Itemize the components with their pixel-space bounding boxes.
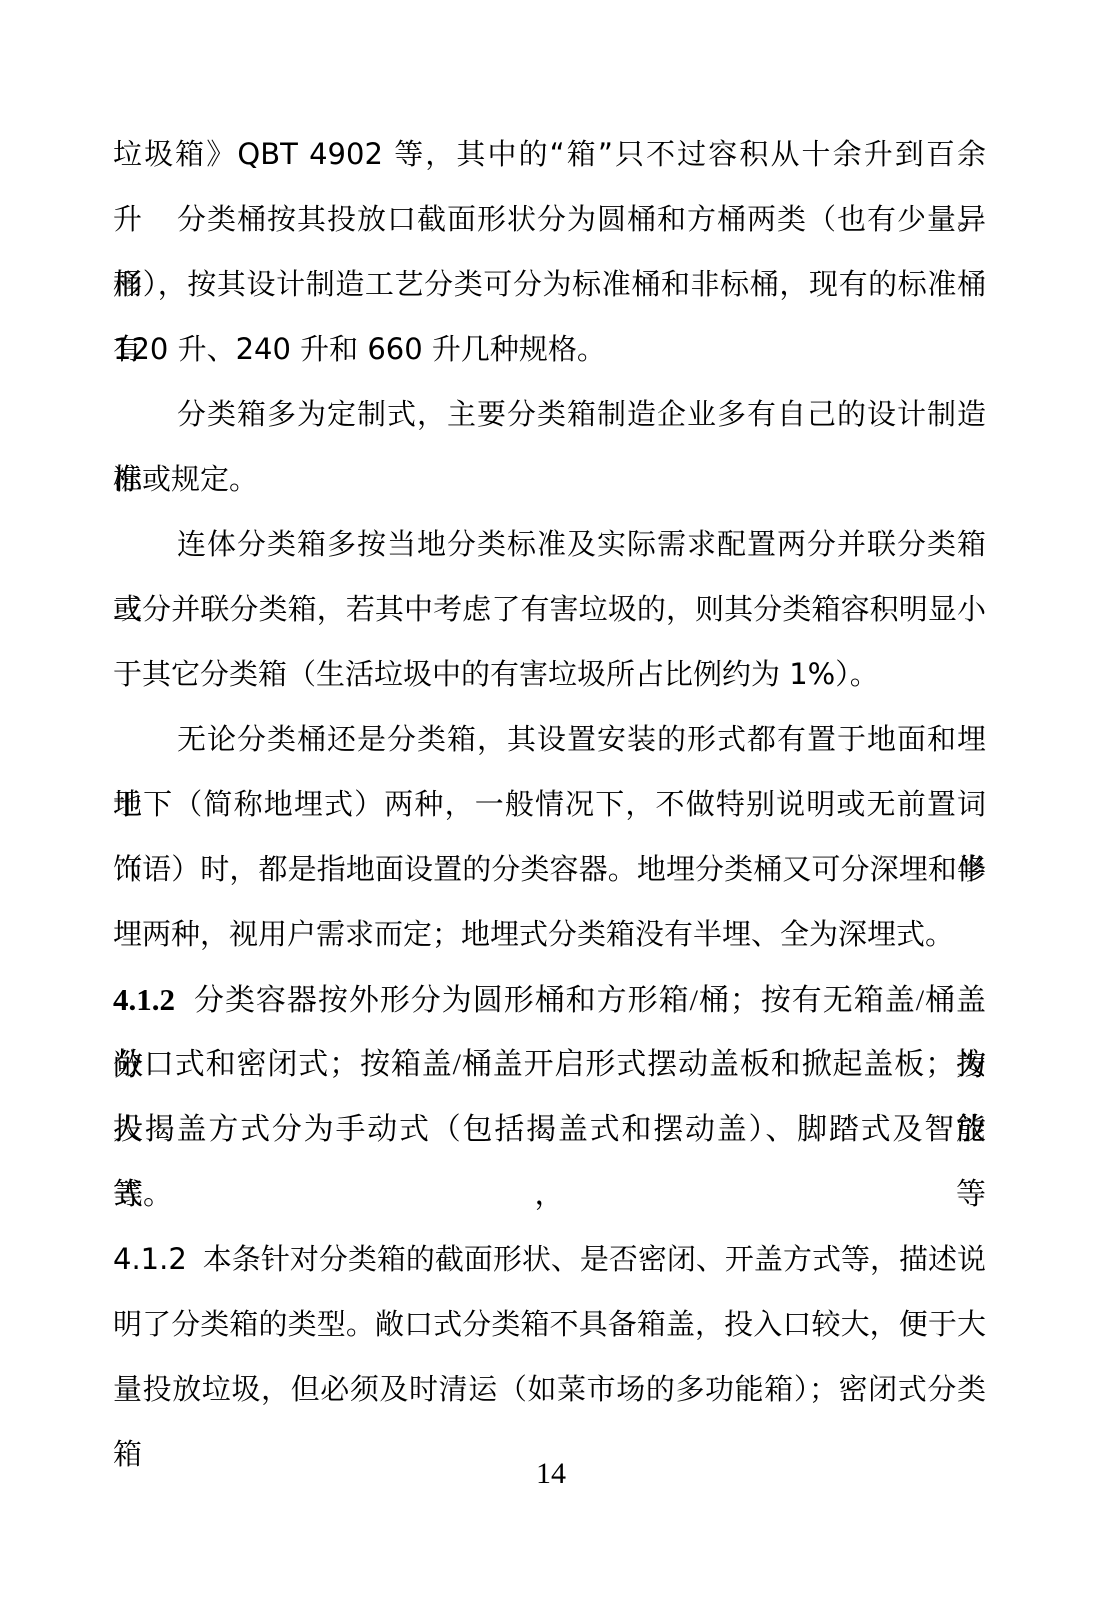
text-line: 4.1.2本条针对分类箱的截面形状、是否密闭、开盖方式等，描述说 (113, 1227, 986, 1292)
page-number: 14 (0, 1450, 1102, 1498)
text-line: 明了分类箱的类型。敞口式分类箱不具备箱盖，投入口较大，便于大 (113, 1292, 986, 1357)
text-line: 120 升、240 升和 660 升几种规格。 (113, 317, 986, 382)
line-text: 准或规定。 (113, 462, 258, 496)
line-text: 人揭盖方式分为手动式（包括揭盖式和摆动盖）、脚踏式及智能式，等 (113, 1113, 986, 1211)
text-line: 于其它分类箱（生活垃圾中的有害垃圾所占比例约为 1%）。 (113, 642, 986, 707)
text-line: 4.1.2分类容器按外形分为圆形桶和方形箱/桶；按有无箱盖/桶盖分为 (113, 967, 986, 1032)
text-line: 分类箱多为定制式，主要分类箱制造企业多有自己的设计制造标 (113, 382, 986, 447)
text-line: 人揭盖方式分为手动式（包括揭盖式和摆动盖）、脚踏式及智能式，等 (113, 1097, 986, 1162)
text-line: 分类桶按其投放口截面形状分为圆桶和方桶两类（也有少量异形 (113, 187, 986, 252)
text-line: 三分并联分类箱，若其中考虑了有害垃圾的，则其分类箱容积明显小 (113, 577, 986, 642)
page-number-text: 14 (536, 1457, 566, 1490)
text-line: 敞口式和密闭式；按箱盖/桶盖开启形式摆动盖板和掀起盖板；按投放 (113, 1032, 986, 1097)
page-body: 垃圾箱》QBT 4902 等，其中的“箱”只不过容积从十余升到百余升。 分类桶按… (113, 122, 986, 1422)
text-line: 准或规定。 (113, 447, 986, 512)
text-line: 无论分类桶还是分类箱，其设置安装的形式都有置于地面和埋于 (113, 707, 986, 772)
line-text: 于其它分类箱（生活垃圾中的有害垃圾所占比例约为 1%）。 (113, 657, 879, 691)
line-text: 饰语）时，都是指地面设置的分类容器。地埋分类桶又可分深埋和半 (113, 852, 986, 886)
line-text: 明了分类箱的类型。敞口式分类箱不具备箱盖，投入口较大，便于大 (113, 1307, 986, 1341)
line-text: 三分并联分类箱，若其中考虑了有害垃圾的，则其分类箱容积明显小 (113, 592, 986, 626)
section-number: 4.1.2 (113, 1242, 187, 1276)
line-text: 120 升、240 升和 660 升几种规格。 (113, 332, 606, 366)
text-line: 垃圾箱》QBT 4902 等，其中的“箱”只不过容积从十余升到百余升。 (113, 122, 986, 187)
section-number: 4.1.2 (113, 982, 175, 1017)
text-line: 量投放垃圾，但必须及时清运（如菜市场的多功能箱）；密闭式分类箱 (113, 1357, 986, 1422)
text-line: 饰语）时，都是指地面设置的分类容器。地埋分类桶又可分深埋和半 (113, 837, 986, 902)
line-text: 埋两种，视用户需求而定；地埋式分类箱没有半埋、全为深埋式。 (113, 917, 954, 951)
line-text: 本条针对分类箱的截面形状、是否密闭、开盖方式等，描述说 (203, 1242, 986, 1276)
text-line: 桶），按其设计制造工艺分类可分为标准桶和非标桶，现有的标准桶有 (113, 252, 986, 317)
document-page: 垃圾箱》QBT 4902 等，其中的“箱”只不过容积从十余升到百余升。 分类桶按… (0, 0, 1102, 1598)
line-text: 等。 (113, 1178, 173, 1211)
text-line: 地下（简称地埋式）两种，一般情况下，不做特别说明或无前置词（修 (113, 772, 986, 837)
text-line: 埋两种，视用户需求而定；地埋式分类箱没有半埋、全为深埋式。 (113, 902, 986, 967)
text-line: 连体分类箱多按当地分类标准及实际需求配置两分并联分类箱或 (113, 512, 986, 577)
